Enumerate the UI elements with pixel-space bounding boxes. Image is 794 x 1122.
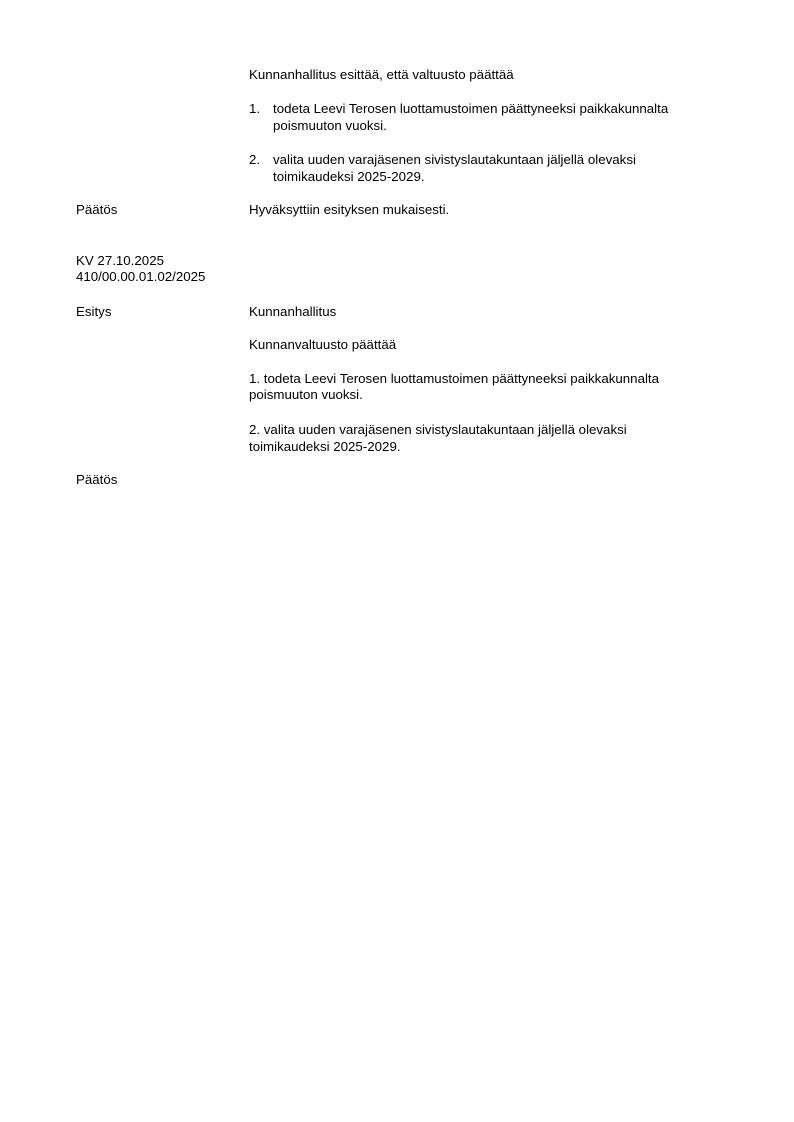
decision-label: Päätös xyxy=(76,202,117,219)
proposal-intro: Kunnanvaltuusto päättää xyxy=(249,337,396,354)
list-item-text-cont: poismuuton vuoksi. xyxy=(249,387,363,404)
list-item-text: valita uuden varajäsenen sivistyslautaku… xyxy=(273,152,636,169)
list-item-number: 2. xyxy=(249,152,260,169)
proposer: Kunnanhallitus xyxy=(249,304,336,321)
list-item-number: 1. xyxy=(249,101,260,118)
list-item-text-cont: poismuuton vuoksi. xyxy=(273,118,387,135)
reference-number: 410/00.00.01.02/2025 xyxy=(76,269,205,286)
list-item-text-cont: toimikaudeksi 2025-2029. xyxy=(273,169,425,186)
decision-text: Hyväksyttiin esityksen mukaisesti. xyxy=(249,202,449,219)
decision-label: Päätös xyxy=(76,472,117,489)
proposal-label: Esitys xyxy=(76,304,111,321)
proposal-intro: Kunnanhallitus esittää, että valtuusto p… xyxy=(249,67,514,84)
list-item-text: 2. valita uuden varajäsenen sivistyslaut… xyxy=(249,422,627,439)
meeting-date: KV 27.10.2025 xyxy=(76,253,164,270)
list-item-text-cont: toimikaudeksi 2025-2029. xyxy=(249,439,401,456)
list-item-text: 1. todeta Leevi Terosen luottamustoimen … xyxy=(249,371,659,388)
list-item-text: todeta Leevi Terosen luottamustoimen pää… xyxy=(273,101,668,118)
